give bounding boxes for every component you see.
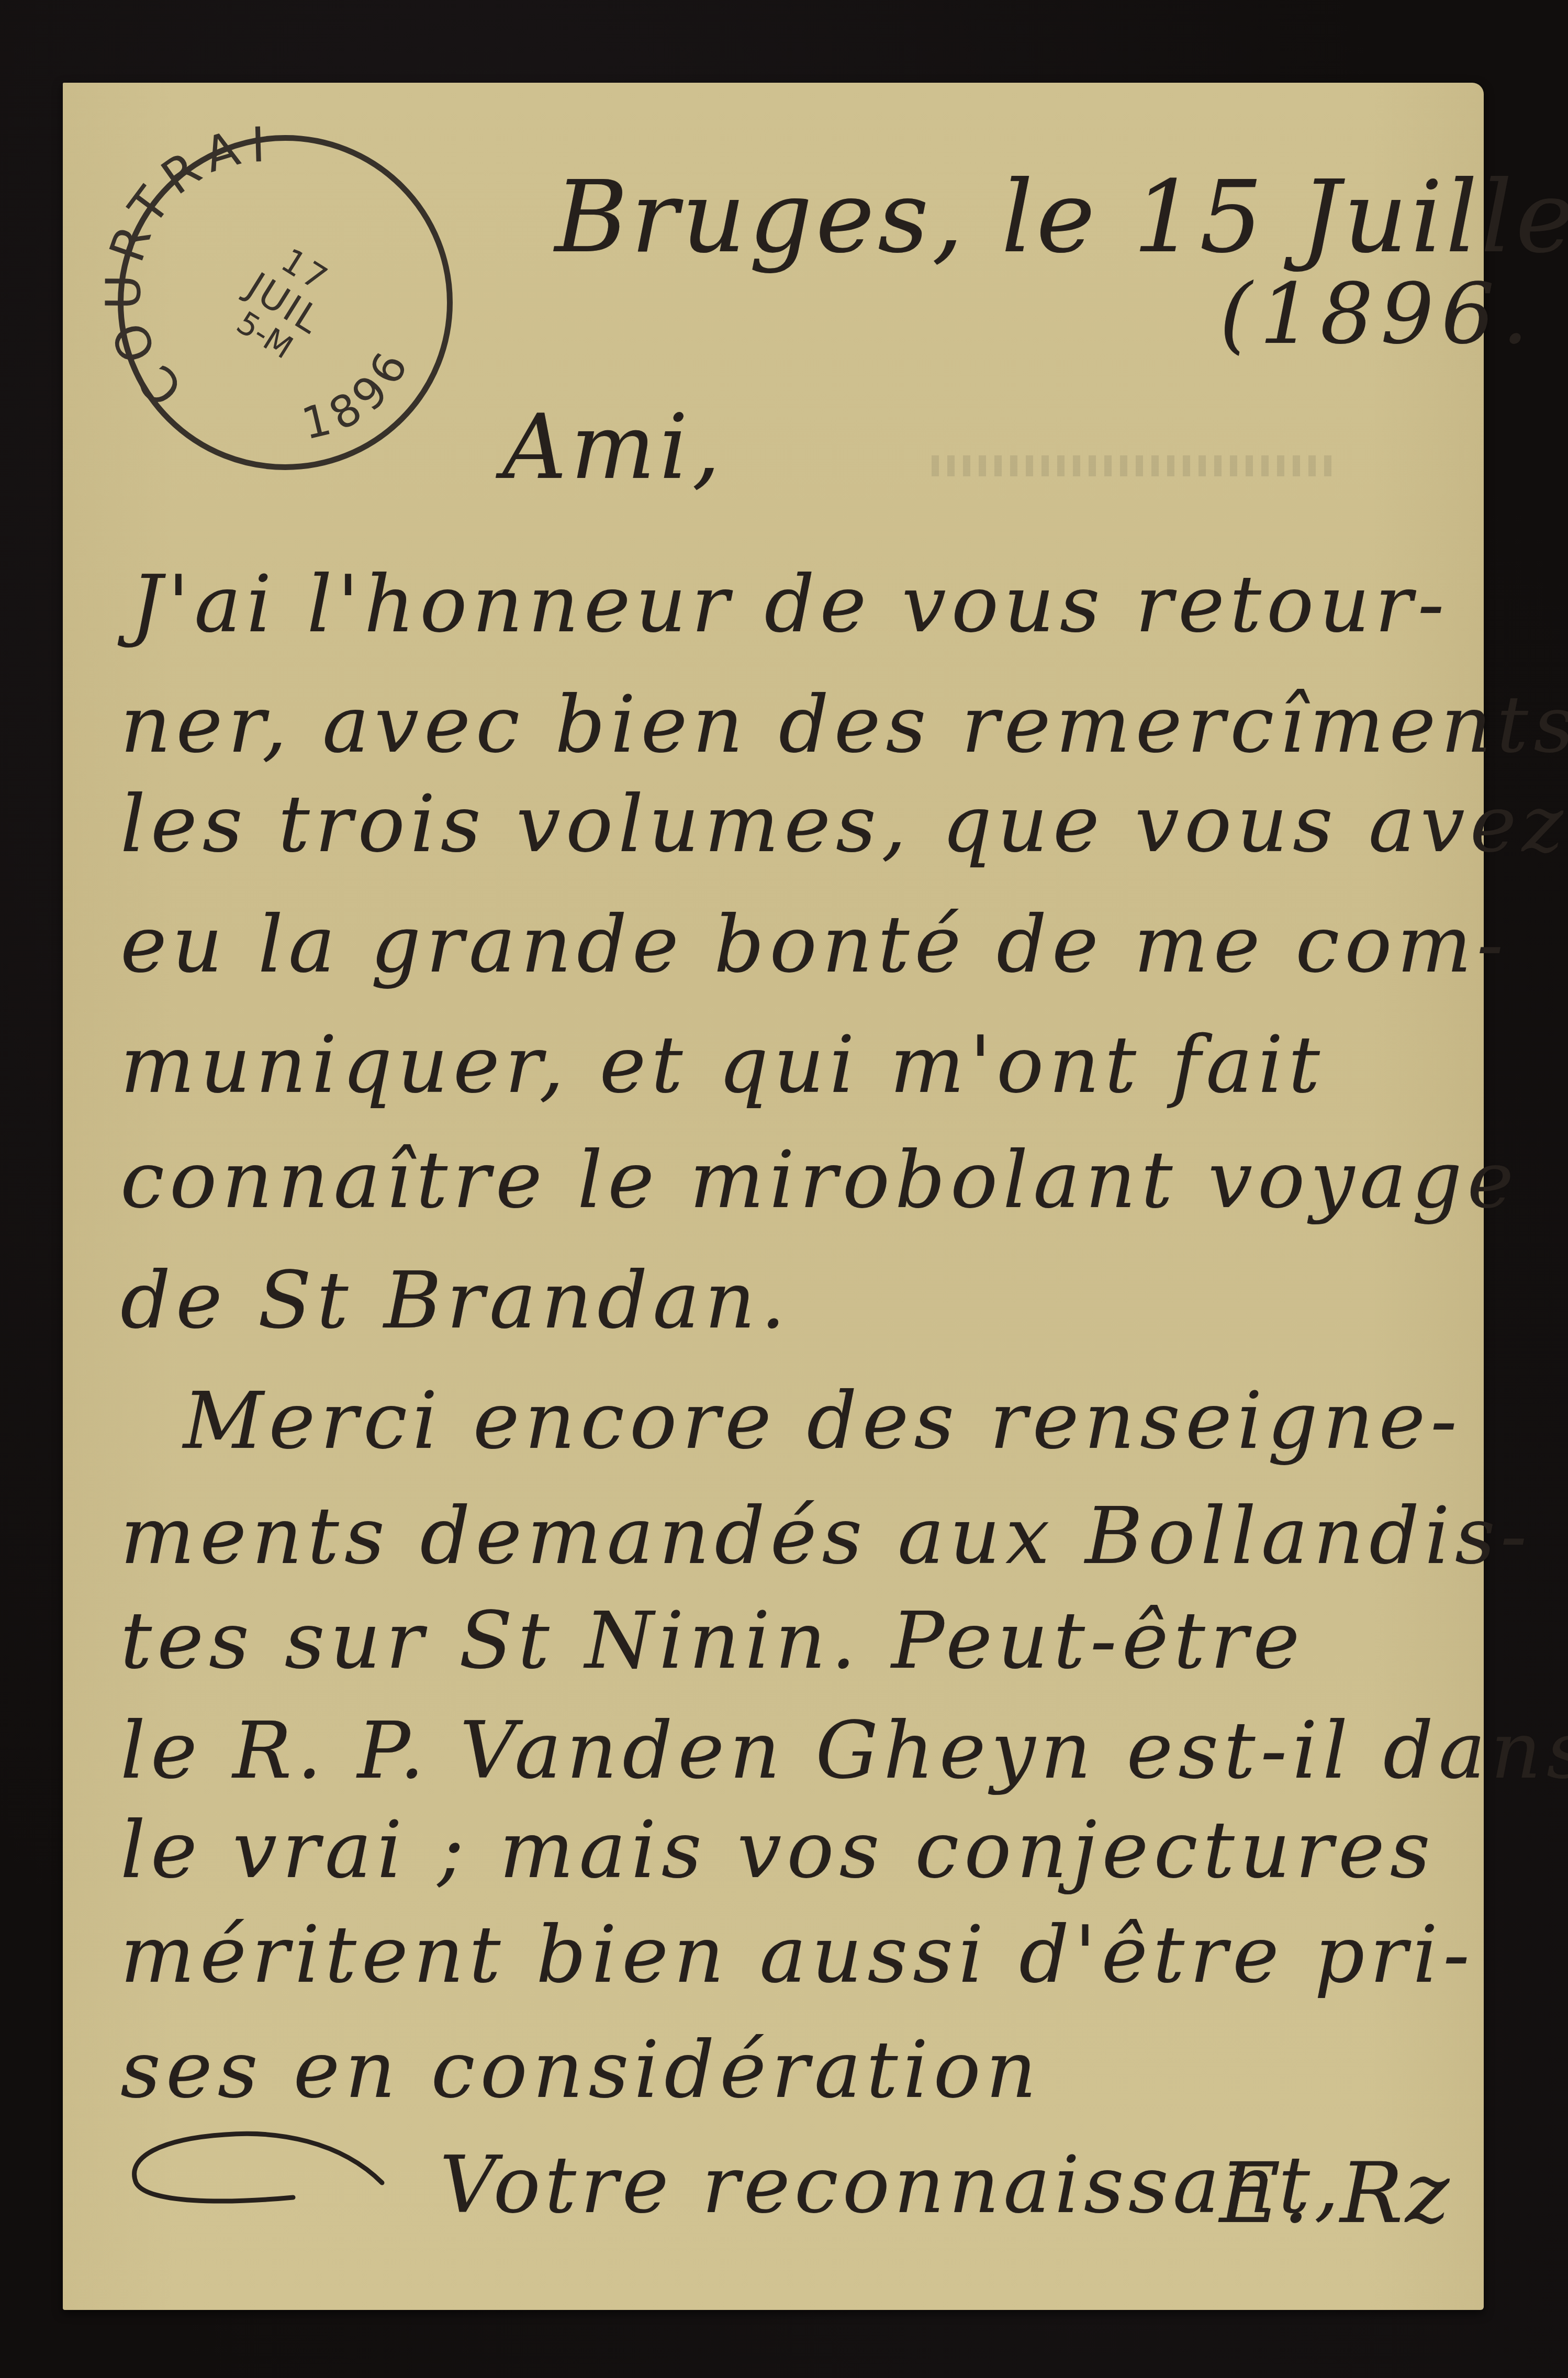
closing-flourish-icon — [120, 2125, 393, 2209]
body-line: le R. P. Vanden Gheyn est-il dans — [120, 1712, 1568, 1790]
body-line: J'ai l'honneur de vous retour- — [131, 565, 1449, 644]
body-line: eu la grande bonté de me com- — [120, 906, 1508, 984]
body-line: tes sur St Ninin. Peut-être — [120, 1602, 1305, 1680]
postmark-year: 1896 — [297, 338, 420, 450]
body-line: ments demandés aux Bollandis- — [120, 1497, 1532, 1576]
body-line: de St Brandan. — [120, 1261, 791, 1340]
closing-phrase: Votre reconnaissant, — [440, 2146, 1343, 2225]
body-line: le vrai ; mais vos conjectures — [120, 1811, 1436, 1890]
letter-year: (1896. — [1219, 272, 1536, 356]
signature: E. Rz — [1219, 2151, 1451, 2235]
place-and-date: Bruges, le 15 Juillet — [555, 168, 1568, 267]
salutation: Ami, — [502, 403, 724, 492]
body-line: les trois volumes, que vous avez — [120, 785, 1568, 864]
body-line: muniquer, et qui m'ont fait — [120, 1026, 1325, 1104]
svg-text:1896: 1896 — [297, 338, 420, 450]
body-line: méritent bien aussi d'être pri- — [120, 1916, 1475, 1994]
body-line: ses en considération — [120, 2031, 1041, 2109]
reverse-side-showthrough — [932, 455, 1340, 476]
body-line: connaître le mirobolant voyage — [120, 1141, 1519, 1220]
body-line: Merci encore des renseigne- — [183, 1382, 1462, 1460]
body-line: ner, avec bien des remercîments, — [120, 686, 1568, 764]
postmark-stamp: COURTRAI 1896 17 JUIL 5-M — [118, 135, 453, 470]
